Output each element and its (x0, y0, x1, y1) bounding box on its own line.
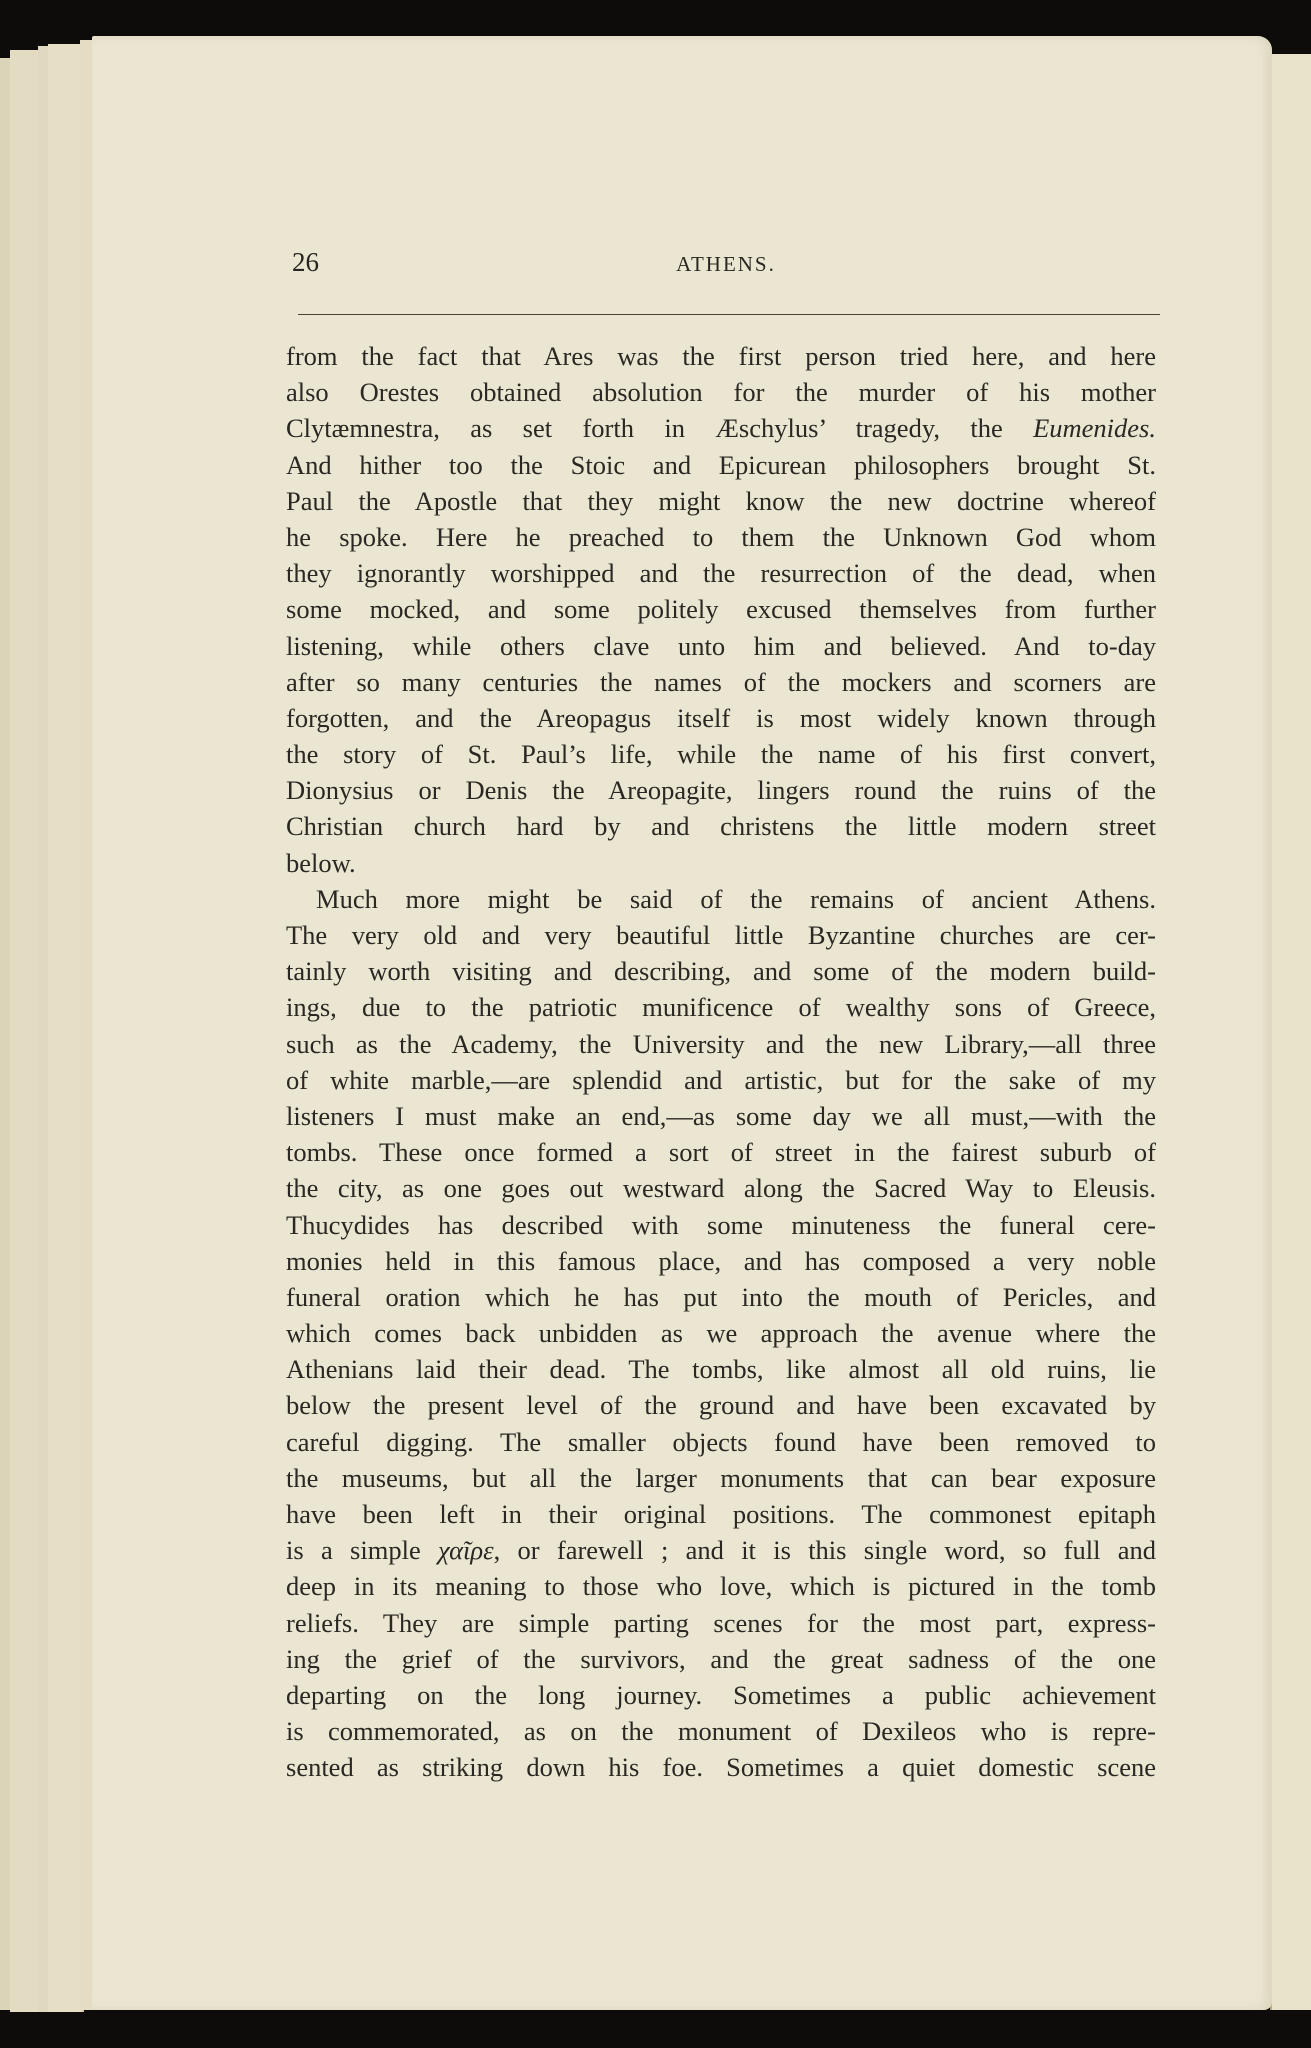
text-line: some mocked, and some politely excused t… (286, 591, 1156, 627)
text-line: from the fact that Ares was the first pe… (286, 338, 1156, 374)
text-line: Christian church hard by and christens t… (286, 808, 1156, 844)
text-line: reliefs. They are simple parting scenes … (286, 1605, 1156, 1641)
text-fragment: is a simple (286, 1535, 438, 1565)
facing-page-edge (1270, 54, 1311, 2010)
text-line: the story of St. Paul’s life, while the … (286, 736, 1156, 772)
text-line: Much more might be said of the remains o… (286, 881, 1156, 917)
text-line: The very old and very beautiful little B… (286, 917, 1156, 953)
text-line: which comes back unbidden as we approach… (286, 1315, 1156, 1351)
text-line: careful digging. The smaller objects fou… (286, 1424, 1156, 1460)
text-line: Athenians laid their dead. The tombs, li… (286, 1351, 1156, 1387)
text-line: listeners I must make an end,—as some da… (286, 1098, 1156, 1134)
scan-background: 26 ATHENS. from the fact that Ares was t… (0, 0, 1311, 2048)
text-fragment: Clytæmnestra, as set forth in Æschylus’ … (286, 413, 1033, 443)
greek-word: χαῖρε (438, 1535, 494, 1565)
text-line: sented as striking down his foe. Sometim… (286, 1749, 1156, 1785)
text-line: ings, due to the patriotic munificence o… (286, 989, 1156, 1025)
text-line: the museums, but all the larger monument… (286, 1460, 1156, 1496)
page-edge (48, 44, 84, 2012)
italic-title: Eumenides. (1033, 413, 1156, 443)
running-title: ATHENS. (292, 252, 1160, 277)
text-line: also Orestes obtained absolution for the… (286, 374, 1156, 410)
header-rule (298, 314, 1160, 315)
text-line: tombs. These once formed a sort of stree… (286, 1134, 1156, 1170)
body-text: from the fact that Ares was the first pe… (286, 338, 1156, 1786)
paragraph: Much more might be said of the remains o… (286, 881, 1156, 1786)
text-line: he spoke. Here he preached to them the U… (286, 519, 1156, 555)
text-line: funeral oration which he has put into th… (286, 1279, 1156, 1315)
text-line: departing on the long journey. Sometimes… (286, 1677, 1156, 1713)
text-line: of white marble,—are splendid and artist… (286, 1062, 1156, 1098)
paragraph: from the fact that Ares was the first pe… (286, 338, 1156, 881)
text-line: after so many centuries the names of the… (286, 664, 1156, 700)
text-fragment: , or farewell ; and it is this single wo… (494, 1535, 1156, 1565)
running-head: 26 ATHENS. (292, 247, 1160, 287)
text-line: below. (286, 845, 1156, 881)
text-line: below the present level of the ground an… (286, 1387, 1156, 1423)
text-line: monies held in this famous place, and ha… (286, 1243, 1156, 1279)
text-line: And hither too the Stoic and Epicurean p… (286, 447, 1156, 483)
text-line: is a simple χαῖρε, or farewell ; and it … (286, 1532, 1156, 1568)
text-line: forgotten, and the Areopagus itself is m… (286, 700, 1156, 736)
text-line: they ignorantly worshipped and the resur… (286, 555, 1156, 591)
text-line: Thucydides has described with some minut… (286, 1207, 1156, 1243)
text-line: the city, as one goes out westward along… (286, 1170, 1156, 1206)
text-line: tainly worth visiting and describing, an… (286, 953, 1156, 989)
text-line: ing the grief of the survivors, and the … (286, 1641, 1156, 1677)
text-line: deep in its meaning to those who love, w… (286, 1568, 1156, 1604)
text-line: such as the Academy, the University and … (286, 1026, 1156, 1062)
text-line: have been left in their original positio… (286, 1496, 1156, 1532)
text-line: Clytæmnestra, as set forth in Æschylus’ … (286, 410, 1156, 446)
text-line: listening, while others clave unto him a… (286, 628, 1156, 664)
text-line: is commemorated, as on the monument of D… (286, 1713, 1156, 1749)
text-line: Paul the Apostle that they might know th… (286, 483, 1156, 519)
text-line: Dionysius or Denis the Areopagite, linge… (286, 772, 1156, 808)
